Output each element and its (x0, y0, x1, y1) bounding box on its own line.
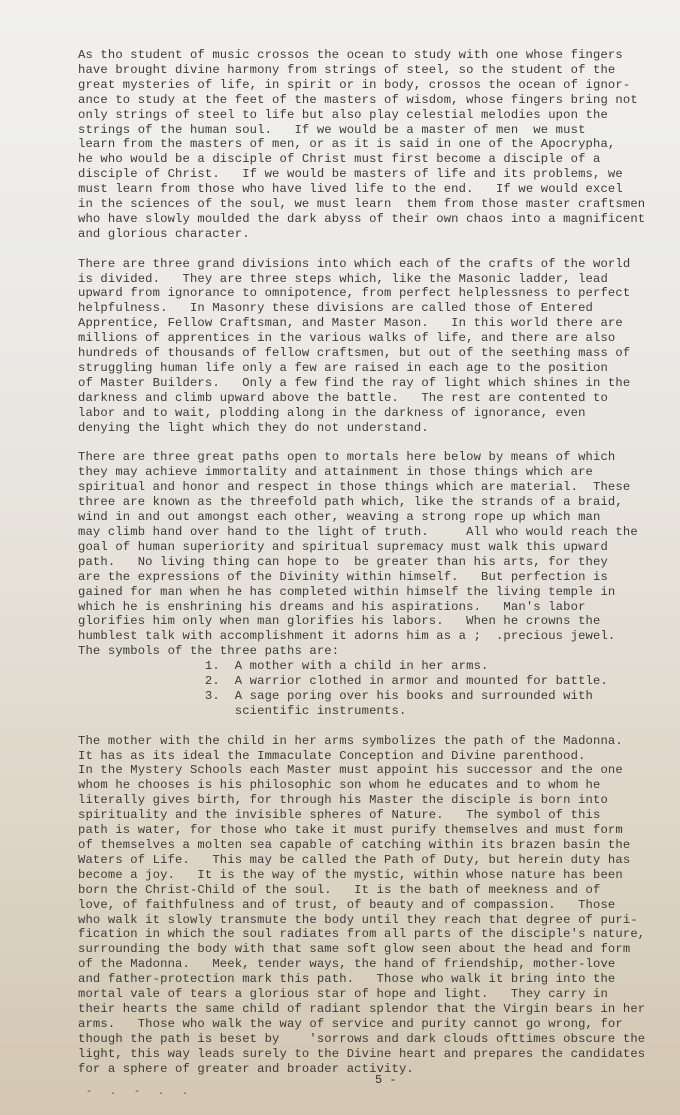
text-line: darkness and climb upward above the batt… (78, 391, 678, 406)
text-line: must learn from those who have lived lif… (78, 182, 678, 197)
text-line: millions of apprentices in the various w… (78, 331, 678, 346)
text-line: of Master Builders. Only a few find the … (78, 376, 678, 391)
paragraph: The mother with the child in her arms sy… (78, 734, 678, 1077)
text-line: which he is enshrining his dreams and hi… (78, 600, 678, 615)
text-line: in the sciences of the soul, we must lea… (78, 197, 678, 212)
text-line: Waters of Life. This may be called the P… (78, 853, 678, 868)
text-line: hundreds of thousands of fellow craftsme… (78, 346, 678, 361)
page-number: 5 - (375, 1073, 397, 1087)
text-line: he who would be a disciple of Christ mus… (78, 152, 678, 167)
text-line: arms. Those who walk the way of service … (78, 1017, 678, 1032)
text-line: disciple of Christ. If we would be maste… (78, 167, 678, 182)
text-line: are the expressions of the Divinity with… (78, 570, 678, 585)
text-line: is divided. They are three steps which, … (78, 272, 678, 287)
text-line: path is water, for those who take it mus… (78, 823, 678, 838)
text-line: love, of faithfulness and of trust, of b… (78, 898, 678, 913)
text-line: spiritual and honor and respect in those… (78, 480, 678, 495)
text-line: wind in and out amongst each other, weav… (78, 510, 678, 525)
text-line: spirituality and the invisible spheres o… (78, 808, 678, 823)
paragraph: There are three grand divisions into whi… (78, 257, 678, 436)
text-line: whom he chooses is his philosophic son w… (78, 778, 678, 793)
text-line: As tho student of music crossos the ocea… (78, 48, 678, 63)
numbered-list: 1. A mother with a child in her arms. 2.… (78, 659, 678, 719)
text-line: they may achieve immortality and attainm… (78, 465, 678, 480)
text-line: glorifies him only when man glorifies hi… (78, 614, 678, 629)
text-line: fication in which the soul radiates from… (78, 927, 678, 942)
ink-specks: - . - . . (86, 1087, 194, 1098)
text-line: Apprentice, Fellow Craftsman, and Master… (78, 316, 678, 331)
text-line: denying the light which they do not unde… (78, 421, 678, 436)
text-line: It has as its ideal the Immaculate Conce… (78, 749, 678, 764)
text-line: light, this way leads surely to the Divi… (78, 1047, 678, 1062)
text-line: struggling human life only a few are rai… (78, 361, 678, 376)
paragraph: As tho student of music crossos the ocea… (78, 48, 678, 242)
list-item: 2. A warrior clothed in armor and mounte… (78, 674, 678, 689)
text-line: though the path is beset by 'sorrows and… (78, 1032, 678, 1047)
typewritten-page: As tho student of music crossos the ocea… (0, 0, 680, 1115)
text-line: The symbols of the three paths are: (78, 644, 678, 659)
text-line: strings of the human soul. If we would b… (78, 123, 678, 138)
text-line: and father-protection mark this path. Th… (78, 972, 678, 987)
text-line: In the Mystery Schools each Master must … (78, 763, 678, 778)
list-item: scientific instruments. (78, 704, 678, 719)
text-line: literally gives birth, for through his M… (78, 793, 678, 808)
text-line: born the Christ-Child of the soul. It is… (78, 883, 678, 898)
text-line: gained for man when he has completed wit… (78, 585, 678, 600)
text-line: of the Madonna. Meek, tender ways, the h… (78, 957, 678, 972)
text-line: their hearts the same child of radiant s… (78, 1002, 678, 1017)
text-line: who have slowly moulded the dark abyss o… (78, 212, 678, 227)
text-line: There are three great paths open to mort… (78, 450, 678, 465)
text-line: have brought divine harmony from strings… (78, 63, 678, 78)
list-item: 3. A sage poring over his books and surr… (78, 689, 678, 704)
document-body: As tho student of music crossos the ocea… (78, 48, 678, 1091)
text-line: mortal vale of tears a glorious star of … (78, 987, 678, 1002)
text-line: goal of human superiority and spiritual … (78, 540, 678, 555)
text-line: ance to study at the feet of the masters… (78, 93, 678, 108)
text-line: only strings of steel to life but also p… (78, 108, 678, 123)
text-line: who walk it slowly transmute the body un… (78, 913, 678, 928)
text-line: three are known as the threefold path wh… (78, 495, 678, 510)
text-line: become a joy. It is the way of the mysti… (78, 868, 678, 883)
text-line: helpfulness. In Masonry these divisions … (78, 301, 678, 316)
text-line: path. No living thing can hope to be gre… (78, 555, 678, 570)
text-line: of themselves a molten sea capable of ca… (78, 838, 678, 853)
text-line: may climb hand over hand to the light of… (78, 525, 678, 540)
text-line: labor and to wait, plodding along in the… (78, 406, 678, 421)
text-line: humblest talk with accomplishment it ado… (78, 629, 678, 644)
list-item: 1. A mother with a child in her arms. (78, 659, 678, 674)
text-line: and glorious character. (78, 227, 678, 242)
text-line: great mysteries of life, in spirit or in… (78, 78, 678, 93)
text-line: learn from the masters of men, or as it … (78, 137, 678, 152)
text-line: surrounding the body with that same soft… (78, 942, 678, 957)
paragraph: There are three great paths open to mort… (78, 450, 678, 718)
text-line: The mother with the child in her arms sy… (78, 734, 678, 749)
text-line: upward from ignorance to omnipotence, fr… (78, 286, 678, 301)
text-line: There are three grand divisions into whi… (78, 257, 678, 272)
